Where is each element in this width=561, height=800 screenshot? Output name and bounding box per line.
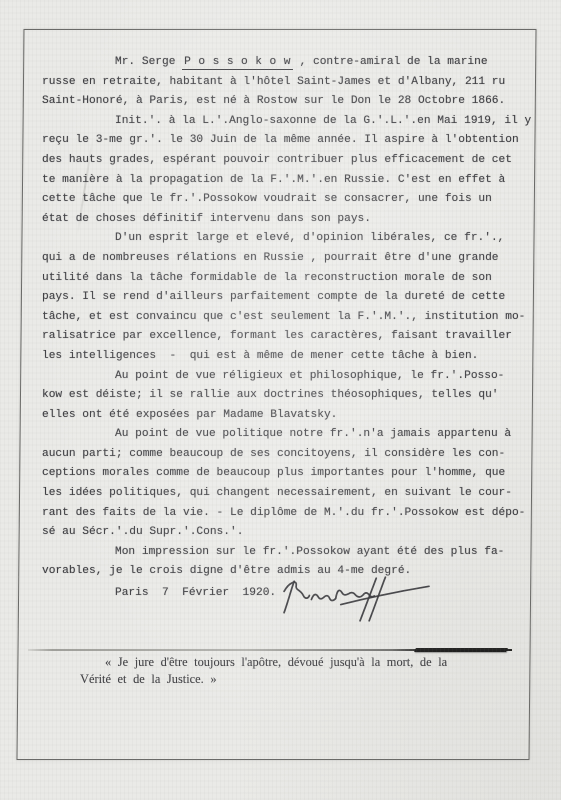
possokow-name-underlined: P o s s o k o w bbox=[182, 56, 293, 70]
typewritten-line: Au point de vue politique notre fr.'.n'a… bbox=[42, 425, 534, 445]
typewritten-line: les intelligences - qui est à même de me… bbox=[42, 347, 534, 367]
typewritten-line: russe en retraite, habitant à l'hôtel Sa… bbox=[42, 73, 534, 93]
typewritten-line: aucun parti; comme beaucoup de ses conci… bbox=[42, 445, 534, 465]
typewritten-line: les idées politiques, qui changent neces… bbox=[42, 484, 534, 504]
footer-quote-line-2: Vérité et de la Justice. » bbox=[80, 671, 217, 688]
typewritten-lines: russe en retraite, habitant à l'hôtel Sa… bbox=[42, 73, 534, 582]
opening-prefix: Mr. Serge bbox=[115, 56, 182, 68]
typewritten-line: te manière à la propagation de la F.'.M.… bbox=[42, 171, 534, 191]
typewritten-line: des hauts grades, espérant pouvoir contr… bbox=[42, 151, 534, 171]
typewritten-line: ralisatrice par excellence, formant les … bbox=[42, 327, 534, 347]
footer-divider-thick-end bbox=[414, 648, 508, 652]
typewritten-line: utilité dans la tâche formidable de la r… bbox=[42, 269, 534, 289]
typewritten-line: tâche, et est convaincu que c'est seulem… bbox=[42, 308, 534, 328]
typewritten-line: reçu le 3-me gr.'. le 30 Juin de la même… bbox=[42, 131, 534, 151]
typewritten-line: kow est déiste; il se rallie aux doctrin… bbox=[42, 386, 534, 406]
typewritten-line: pays. Il se rend d'ailleurs parfaitement… bbox=[42, 288, 534, 308]
typewritten-line: Au point de vue réligieux et philosophiq… bbox=[42, 367, 534, 387]
typewritten-line: ceptions morales comme de beaucoup plus … bbox=[42, 464, 534, 484]
opening-line: Mr. Serge P o s s o k o w , contre-amira… bbox=[42, 53, 534, 73]
typewritten-line: cette tâche que le fr.'.Possokow voudrai… bbox=[42, 190, 534, 210]
typewritten-line: Saint-Honoré, à Paris, est né à Rostow s… bbox=[42, 92, 534, 112]
footer-quote-line-1: « Je jure d'être toujours l'apôtre, dévo… bbox=[105, 654, 447, 671]
date-row: Paris 7 Février 1920. bbox=[42, 582, 534, 604]
letter-body: Mr. Serge P o s s o k o w , contre-amira… bbox=[42, 53, 534, 604]
typewritten-line: sé au Sécr.'.du Supr.'.Cons.'. bbox=[42, 523, 534, 543]
typewritten-line: rant des faits de la vie. - Le diplôme d… bbox=[42, 504, 534, 524]
typewritten-line: Mon impression sur le fr.'.Possokow ayan… bbox=[42, 543, 534, 563]
typewritten-line: Init.'. à la L.'.Anglo-saxonne de la G.'… bbox=[42, 112, 534, 132]
typewritten-line: elles ont été exposées par Madame Blavat… bbox=[42, 406, 534, 426]
date-line: Paris 7 Février 1920. bbox=[42, 587, 276, 599]
scanned-letter-page: Mr. Serge P o s s o k o w , contre-amira… bbox=[0, 0, 561, 800]
signature-kandaouroff bbox=[280, 570, 432, 628]
typewritten-line: D'un esprit large et elevé, d'opinion li… bbox=[42, 229, 534, 249]
typewritten-line: qui a de nombreuses rélations en Russie … bbox=[42, 249, 534, 269]
footer-divider-line bbox=[28, 649, 512, 651]
typewritten-line: état de choses définitif intervenu dans … bbox=[42, 210, 534, 230]
opening-suffix: , contre-amiral de la marine bbox=[293, 56, 488, 68]
